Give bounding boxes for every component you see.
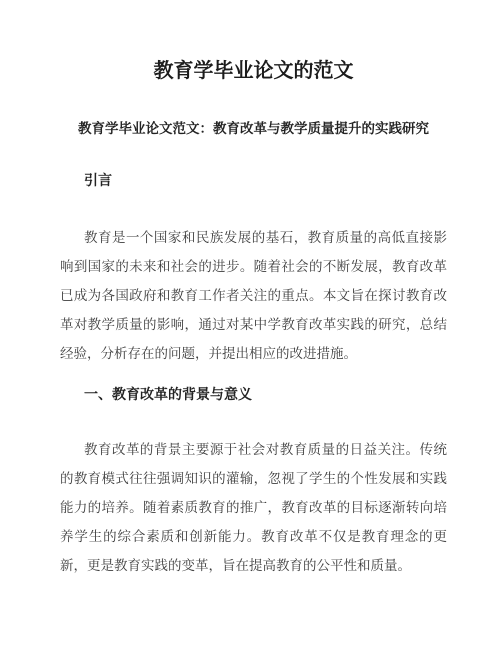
document-subtitle: 教育学毕业论文范文：教育改革与教学质量提升的实践研究 <box>60 120 447 138</box>
paragraph-intro: 教育是一个国家和民族发展的基石，教育质量的高低直接影响到国家的未来和社会的进步。… <box>60 223 447 368</box>
section-heading-1: 一、教育改革的背景与意义 <box>60 387 447 404</box>
section-heading-intro: 引言 <box>60 173 447 190</box>
paragraph-section-1: 教育改革的背景主要源于社会对教育质量的日益关注。传统的教育模式往往强调知识的灌输… <box>60 435 447 580</box>
document-title: 教育学毕业论文的范文 <box>60 60 447 82</box>
document-page: 教育学毕业论文的范文 教育学毕业论文范文：教育改革与教学质量提升的实践研究 引言… <box>0 0 500 647</box>
